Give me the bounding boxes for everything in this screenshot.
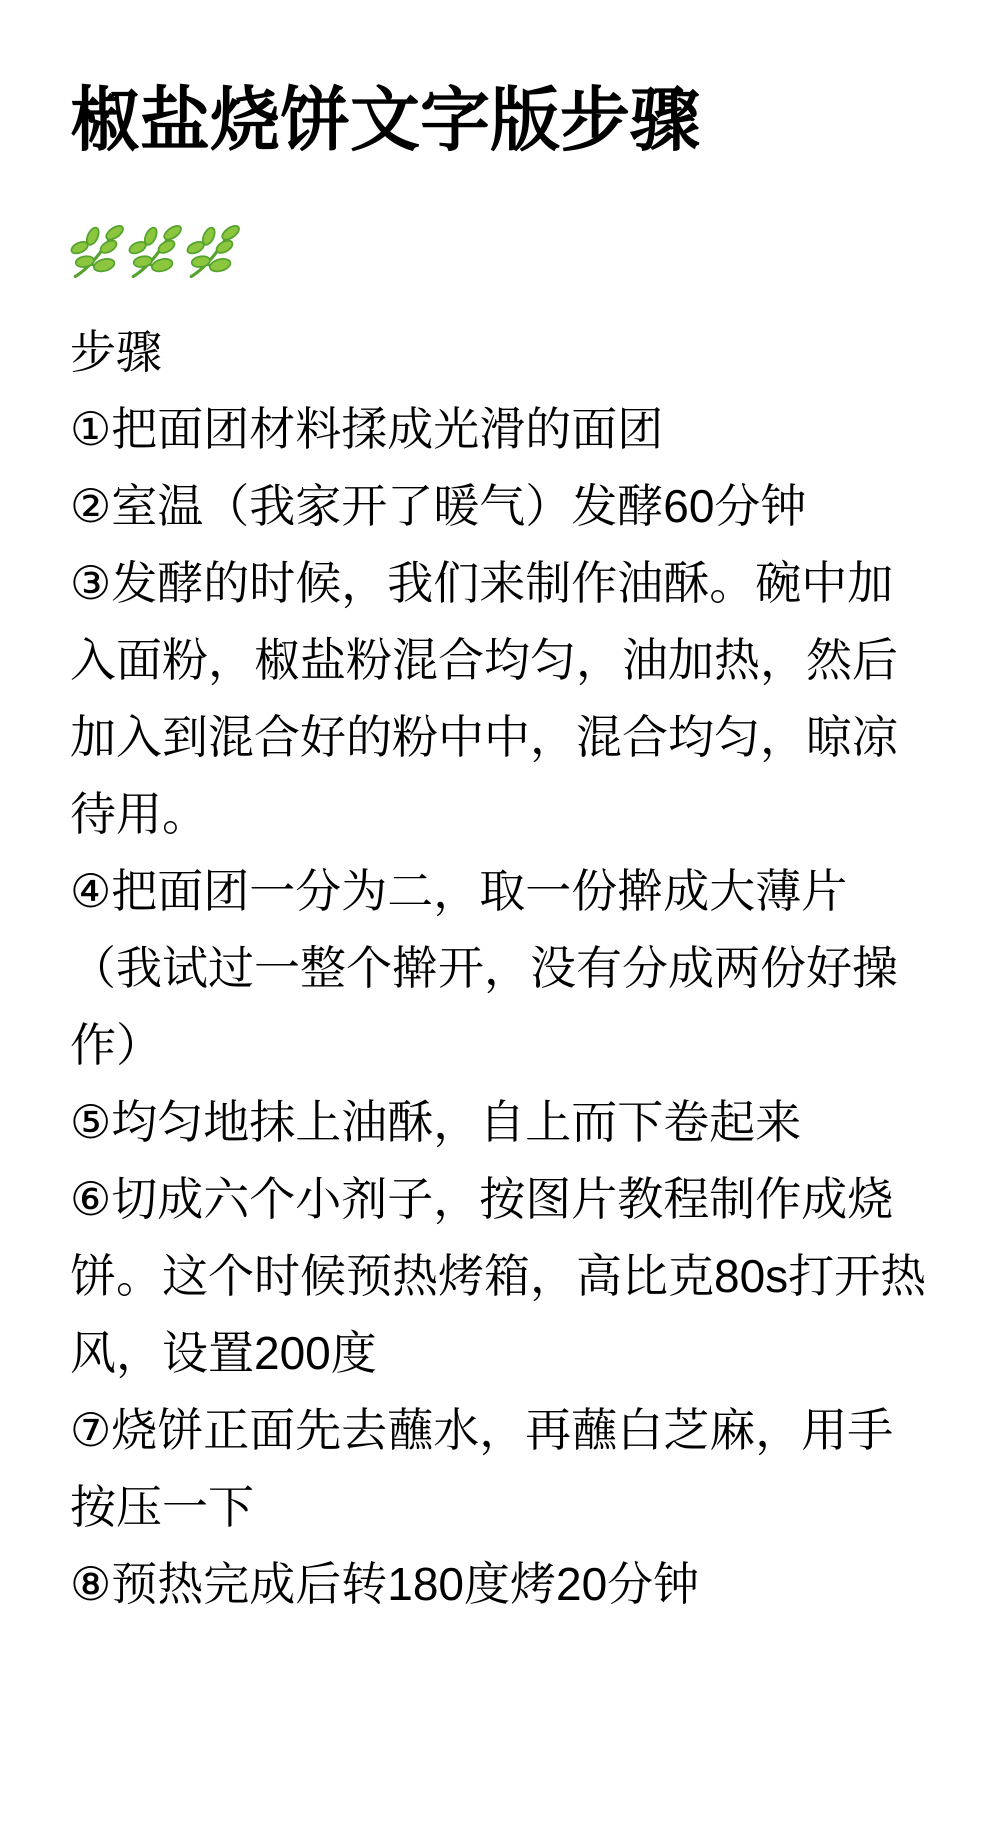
herb-icon: [186, 220, 242, 284]
steps-section: 步骤 ①把面团材料揉成光滑的面团 ②室温（我家开了暖气）发酵60分钟 ③发酵的时…: [70, 314, 939, 1623]
step-text-6: ⑥切成六个小剂子，按图片教程制作成烧饼。这个时候预热烤箱，高比克80s打开热风，…: [70, 1161, 939, 1392]
step-text-7: ⑦烧饼正面先去蘸水，再蘸白芝麻，用手按压一下: [70, 1392, 939, 1546]
herb-icon: [128, 220, 184, 284]
section-label: 步骤: [70, 314, 939, 391]
step-text-1: ①把面团材料揉成光滑的面团: [70, 391, 939, 468]
recipe-page: 椒盐烧饼文字版步骤 步骤 ①把面团材料揉成光滑的面团 ②室温（我家开了暖气）发酵…: [0, 0, 1002, 1826]
step-text-5: ⑤均匀地抹上油酥，自上而下卷起来: [70, 1084, 939, 1161]
step-text-8: ⑧预热完成后转180度烤20分钟: [70, 1546, 939, 1623]
page-title: 椒盐烧饼文字版步骤: [70, 0, 1002, 162]
step-text-3: ③发酵的时候，我们来制作油酥。碗中加入面粉，椒盐粉混合均匀，油加热，然后加入到混…: [70, 545, 939, 853]
step-text-2: ②室温（我家开了暖气）发酵60分钟: [70, 468, 939, 545]
herb-decoration: [70, 220, 1002, 286]
herb-icon: [70, 220, 126, 284]
step-text-4: ④把面团一分为二，取一份擀成大薄片（我试过一整个擀开，没有分成两份好操作）: [70, 853, 939, 1084]
